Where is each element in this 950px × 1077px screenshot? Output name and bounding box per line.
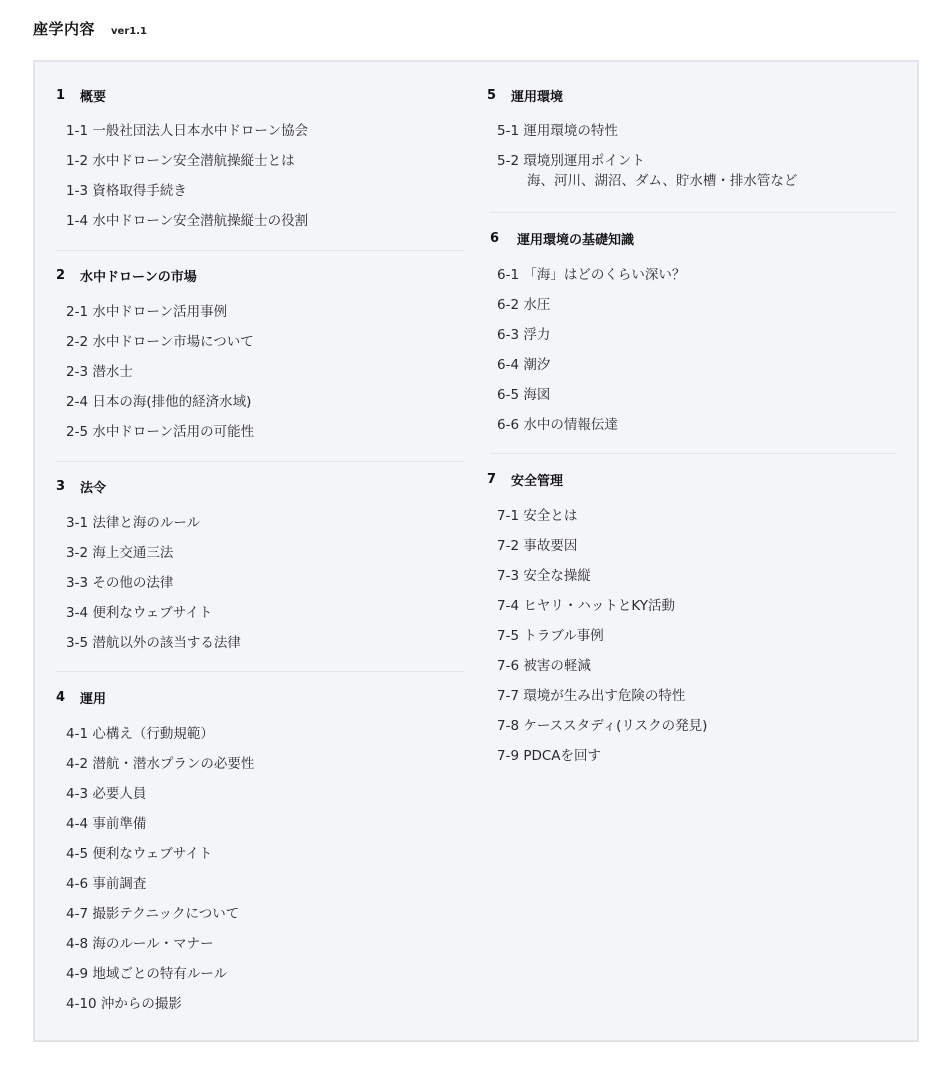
section-4: 4 運用 4-1 心構え（行動規範） 4-2 潜航・潜水プランの必要性 4-3 …	[56, 687, 466, 1014]
section-items: 3-1 法律と海のルール 3-2 海上交通三法 3-3 その他の法律 3-4 便…	[56, 513, 466, 653]
list-item[interactable]: 6-6 水中の情報伝達	[487, 415, 896, 435]
list-item-label: 5-2 環境別運用ポイント	[497, 153, 645, 169]
list-item[interactable]: 3-4 便利なウェブサイト	[56, 603, 466, 623]
section-items: 4-1 心構え（行動規範） 4-2 潜航・潜水プランの必要性 4-3 必要人員 …	[56, 724, 466, 1014]
section-title: 運用環境	[511, 86, 563, 105]
list-item[interactable]: 2-3 潜水士	[56, 362, 466, 382]
curriculum-panel: 1 概要 1-1 一般社団法人日本水中ドローン協会 1-2 水中ドローン安全潜航…	[33, 60, 919, 1042]
section-title: 安全管理	[511, 470, 563, 489]
list-item[interactable]: 2-2 水中ドローン市場について	[56, 332, 466, 352]
list-item[interactable]: 6-3 浮力	[487, 325, 896, 345]
list-item[interactable]: 5-2 環境別運用ポイント 海、河川、湖沼、ダム、貯水槽・排水管など	[487, 151, 893, 191]
section-heading: 5 運用環境	[487, 85, 893, 105]
section-2: 2 水中ドローンの市場 2-1 水中ドローン活用事例 2-2 水中ドローン市場に…	[56, 265, 466, 442]
list-item[interactable]: 2-5 水中ドローン活用の可能性	[56, 422, 466, 442]
page: 座学内容 ver1.1 1 概要 1-1 一般社団法人日本水中ドローン協会 1-…	[0, 0, 950, 1077]
section-6: 6 運用環境の基礎知識 6-1 「海」はどのくらい深い？ 6-2 水圧 6-3 …	[490, 228, 896, 435]
section-title: 法令	[80, 477, 106, 496]
list-item[interactable]: 3-2 海上交通三法	[56, 543, 466, 563]
section-title: 概要	[80, 86, 106, 105]
section-title: 運用	[80, 688, 106, 707]
list-item[interactable]: 7-6 被害の軽減	[487, 656, 893, 676]
section-items: 6-1 「海」はどのくらい深い？ 6-2 水圧 6-3 浮力 6-4 潮汐 6-…	[487, 265, 896, 435]
list-item[interactable]: 7-1 安全とは	[487, 506, 893, 526]
section-1: 1 概要 1-1 一般社団法人日本水中ドローン協会 1-2 水中ドローン安全潜航…	[56, 85, 466, 231]
section-number: 6	[490, 231, 517, 246]
section-5: 5 運用環境 5-1 運用環境の特性 5-2 環境別運用ポイント 海、河川、湖沼…	[487, 85, 893, 191]
list-item[interactable]: 4-1 心構え（行動規範）	[56, 724, 466, 744]
list-item[interactable]: 7-4 ヒヤリ・ハットとKY活動	[487, 596, 893, 616]
section-number: 5	[487, 88, 511, 103]
section-3: 3 法令 3-1 法律と海のルール 3-2 海上交通三法 3-3 その他の法律 …	[56, 476, 466, 653]
section-number: 4	[56, 690, 80, 705]
section-divider	[56, 250, 464, 251]
list-item[interactable]: 6-5 海図	[487, 385, 896, 405]
list-item[interactable]: 5-1 運用環境の特性	[487, 121, 893, 141]
list-item-subtext: 海、河川、湖沼、ダム、貯水槽・排水管など	[497, 171, 893, 191]
list-item[interactable]: 4-3 必要人員	[56, 784, 466, 804]
section-items: 1-1 一般社団法人日本水中ドローン協会 1-2 水中ドローン安全潜航操縦士とは…	[56, 121, 466, 231]
section-divider	[490, 453, 896, 454]
section-heading: 2 水中ドローンの市場	[56, 265, 466, 285]
section-number: 2	[56, 268, 80, 283]
section-heading: 7 安全管理	[487, 469, 893, 489]
section-items: 7-1 安全とは 7-2 事故要因 7-3 安全な操縦 7-4 ヒヤリ・ハットと…	[487, 506, 893, 766]
section-number: 3	[56, 479, 80, 494]
list-item[interactable]: 1-1 一般社団法人日本水中ドローン協会	[56, 121, 466, 141]
list-item[interactable]: 4-6 事前調査	[56, 874, 466, 894]
section-divider	[56, 671, 464, 672]
list-item[interactable]: 7-7 環境が生み出す危険の特性	[487, 686, 893, 706]
section-divider	[56, 461, 464, 462]
section-heading: 6 運用環境の基礎知識	[490, 228, 896, 248]
section-divider	[490, 212, 896, 213]
list-item[interactable]: 3-5 潜航以外の該当する法律	[56, 633, 466, 653]
section-items: 5-1 運用環境の特性 5-2 環境別運用ポイント 海、河川、湖沼、ダム、貯水槽…	[487, 121, 893, 191]
section-heading: 3 法令	[56, 476, 466, 496]
list-item[interactable]: 7-3 安全な操縦	[487, 566, 893, 586]
section-number: 7	[487, 472, 511, 487]
list-item[interactable]: 2-1 水中ドローン活用事例	[56, 302, 466, 322]
section-number: 1	[56, 88, 80, 103]
list-item[interactable]: 7-9 PDCAを回す	[487, 746, 893, 766]
section-title: 運用環境の基礎知識	[517, 229, 634, 248]
page-title: 座学内容	[33, 18, 95, 39]
list-item[interactable]: 1-2 水中ドローン安全潜航操縦士とは	[56, 151, 466, 171]
title-row: 座学内容 ver1.1	[33, 18, 147, 39]
list-item[interactable]: 7-2 事故要因	[487, 536, 893, 556]
list-item[interactable]: 4-4 事前準備	[56, 814, 466, 834]
list-item[interactable]: 6-2 水圧	[487, 295, 896, 315]
list-item[interactable]: 3-1 法律と海のルール	[56, 513, 466, 533]
list-item[interactable]: 6-1 「海」はどのくらい深い？	[487, 265, 896, 285]
list-item[interactable]: 4-5 便利なウェブサイト	[56, 844, 466, 864]
list-item[interactable]: 4-8 海のルール・マナー	[56, 934, 466, 954]
list-item[interactable]: 1-3 資格取得手続き	[56, 181, 466, 201]
section-title: 水中ドローンの市場	[80, 266, 197, 285]
list-item[interactable]: 3-3 その他の法律	[56, 573, 466, 593]
list-item[interactable]: 7-5 トラブル事例	[487, 626, 893, 646]
list-item[interactable]: 4-9 地域ごとの特有ルール	[56, 964, 466, 984]
section-heading: 4 運用	[56, 687, 466, 707]
version-label: ver1.1	[111, 26, 147, 37]
list-item[interactable]: 4-7 撮影テクニックについて	[56, 904, 466, 924]
section-heading: 1 概要	[56, 85, 466, 105]
list-item[interactable]: 2-4 日本の海(排他的経済水域)	[56, 392, 466, 412]
list-item[interactable]: 4-10 沖からの撮影	[56, 994, 466, 1014]
section-7: 7 安全管理 7-1 安全とは 7-2 事故要因 7-3 安全な操縦 7-4 ヒ…	[487, 469, 893, 766]
section-items: 2-1 水中ドローン活用事例 2-2 水中ドローン市場について 2-3 潜水士 …	[56, 302, 466, 442]
list-item[interactable]: 7-8 ケーススタディ(リスクの発見)	[487, 716, 893, 736]
list-item[interactable]: 6-4 潮汐	[487, 355, 896, 375]
list-item[interactable]: 4-2 潜航・潜水プランの必要性	[56, 754, 466, 774]
list-item[interactable]: 1-4 水中ドローン安全潜航操縦士の役割	[56, 211, 466, 231]
